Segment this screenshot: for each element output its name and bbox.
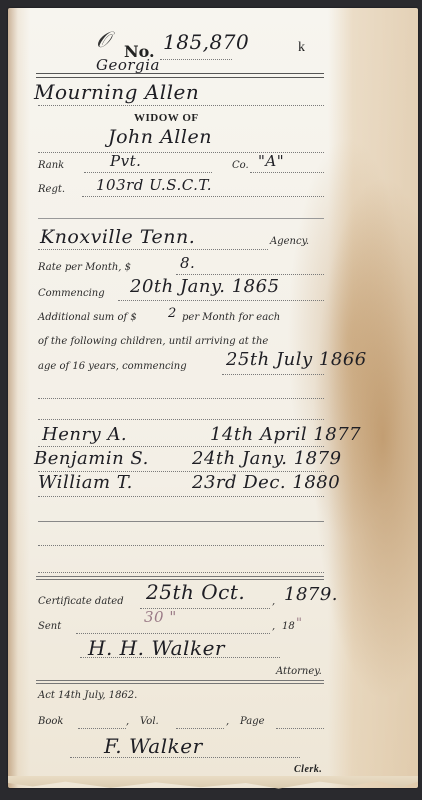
additional-label-a: Additional sum of $ (38, 312, 137, 323)
act-divider (36, 680, 324, 684)
book-label: Book (38, 716, 63, 727)
rate-label: Rate per Month, $ (38, 262, 131, 273)
additional-line-3: age of 16 years, commencing (38, 361, 187, 372)
additional-line-2: of the following children, until arrivin… (38, 336, 268, 347)
child-0-name: Henry A. (42, 424, 127, 445)
commencing-value: 20th Jany. 1865 (130, 276, 280, 297)
commencing-label: Commencing (38, 288, 105, 299)
page-line (276, 728, 324, 729)
certificate-year: 1879. (284, 584, 338, 605)
widow-name: Mourning Allen (34, 80, 199, 104)
child-line-0 (38, 419, 324, 420)
certificate-label: Certificate dated (38, 596, 124, 607)
clerk-label: Clerk. (294, 764, 322, 775)
certificate-comma: , (272, 596, 275, 607)
soldier-name: John Allen (108, 126, 212, 148)
company-value: "A" (258, 152, 284, 170)
header-double-rule (36, 73, 324, 78)
vol-line (176, 728, 224, 729)
vol-label: Vol. (140, 716, 159, 727)
agency-line (38, 249, 268, 250)
sent-year-suffix: " (296, 616, 302, 631)
rank-line (84, 172, 212, 173)
sent-comma: , (272, 621, 275, 632)
number-value: 185,870 (163, 30, 249, 54)
state-value: Georgia (96, 56, 160, 74)
regiment-label: Regt. (38, 184, 65, 195)
additional-label-b: per Month for each (182, 312, 280, 323)
child-line-3 (38, 496, 324, 497)
rank-label: Rank (38, 160, 64, 171)
vol-comma: , (226, 716, 229, 727)
agency-value: Knoxville Tenn. (40, 226, 195, 248)
widow-of-label: WIDOW OF (134, 112, 199, 124)
page-label: Page (240, 716, 265, 727)
sent-value: 30 " (144, 608, 177, 626)
regiment-line (82, 196, 324, 197)
blank-line-1 (38, 398, 324, 399)
rate-line (176, 274, 324, 275)
regiment-value: 103rd U.S.C.T. (96, 176, 212, 194)
sent-line (76, 633, 270, 634)
child-line-5 (38, 545, 324, 546)
clerk-signature: F. Walker (104, 734, 203, 758)
child-line-6 (38, 572, 324, 573)
child-line-4 (38, 521, 324, 522)
company-label: Co. (232, 160, 249, 171)
commencing-line (118, 300, 324, 301)
child-1-name: Benjamin S. (34, 448, 149, 469)
book-line (78, 728, 126, 729)
clerk-line (70, 757, 300, 758)
act-text: Act 14th July, 1862. (38, 690, 137, 701)
additional-amount: 2 (168, 306, 177, 321)
rank-value: Pvt. (110, 152, 141, 170)
rate-value: 8. (180, 254, 195, 272)
widow-name-line (38, 105, 324, 106)
child-1-date: 24th Jany. 1879 (192, 448, 342, 469)
attorney-label: Attorney. (276, 666, 322, 677)
section-divider (38, 218, 324, 219)
book-comma: , (126, 716, 129, 727)
children-commencing-line (222, 374, 324, 375)
company-line (250, 172, 324, 173)
child-2-date: 23rd Dec. 1880 (192, 472, 340, 493)
corner-mark: k (298, 40, 305, 56)
child-line-1 (38, 446, 324, 447)
sent-year-prefix: 18 (282, 621, 295, 632)
sent-label: Sent (38, 621, 61, 632)
children-commencing-value: 25th July 1866 (226, 349, 367, 370)
agency-label: Agency. (270, 236, 309, 247)
flourish-mark: 𝒪 (96, 28, 110, 53)
child-0-date: 14th April 1877 (210, 424, 361, 445)
child-2-name: William T. (38, 472, 133, 493)
number-line (160, 59, 232, 60)
attorney-line (80, 657, 280, 658)
certificate-day-month: 25th Oct. (146, 580, 245, 604)
